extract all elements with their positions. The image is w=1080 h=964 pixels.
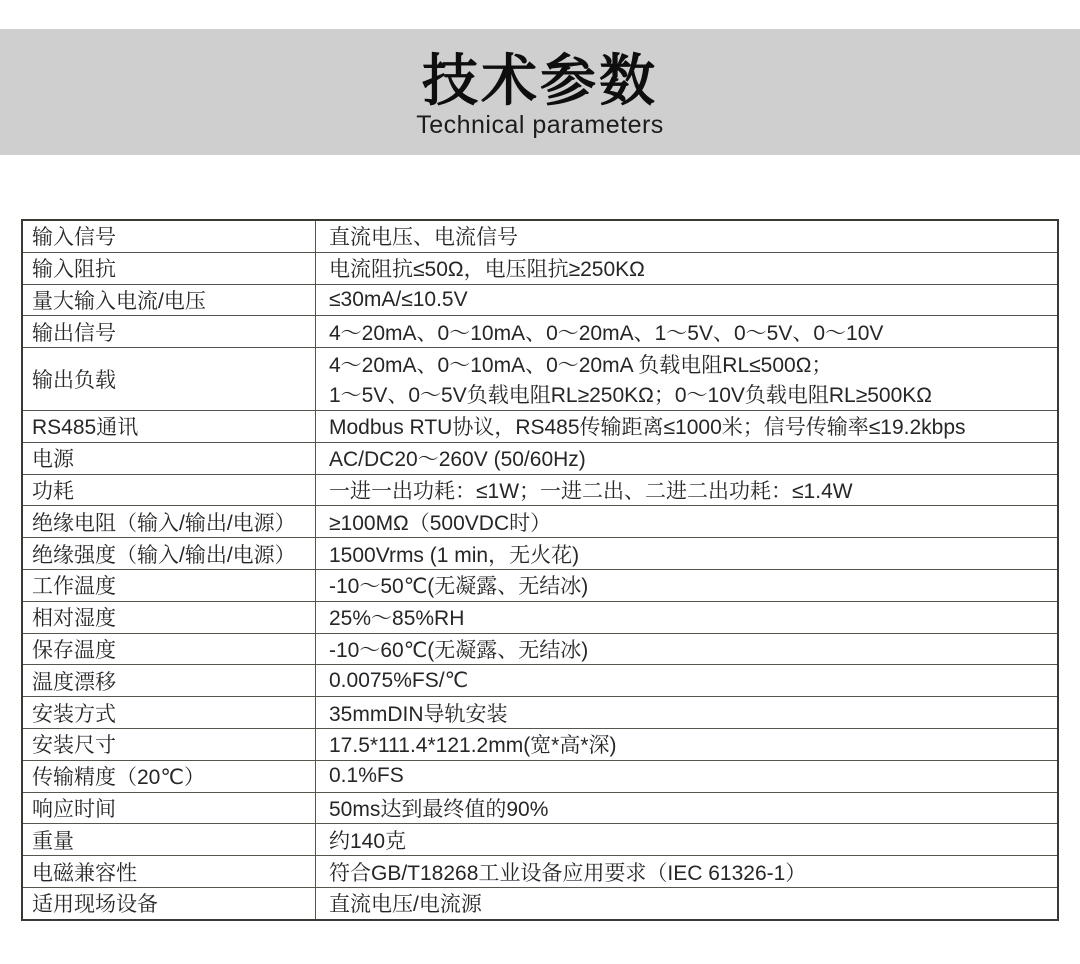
row-label: 功耗 [23, 475, 316, 506]
row-value: 直流电压/电流源 [316, 888, 1057, 919]
row-label: 安装方式 [23, 697, 316, 728]
page: 技术参数 Technical parameters 输入信号 直流电压、电流信号… [0, 0, 1080, 964]
page-subtitle: Technical parameters [416, 112, 664, 140]
row-label: RS485通讯 [23, 411, 316, 442]
row-value: 4～20mA、0～10mA、0～20mA 负载电阻RL≤500Ω；1～5V、0～… [316, 348, 1057, 410]
table-row: 电源 AC/DC20～260V (50/60Hz) [23, 442, 1057, 474]
row-label: 工作温度 [23, 570, 316, 601]
row-label: 输出信号 [23, 316, 316, 347]
table-row: 输出信号 4～20mA、0～10mA、0～20mA、1～5V、0～5V、0～10… [23, 315, 1057, 347]
table-row: 重量 约140克 [23, 823, 1057, 855]
table-row: 保存温度 -10～60℃(无凝露、无结冰) [23, 633, 1057, 665]
table-row: RS485通讯 Modbus RTU协议，RS485传输距离≤1000米；信号传… [23, 410, 1057, 442]
row-value-line: 4～20mA、0～10mA、0～20mA 负载电阻RL≤500Ω； [329, 348, 1057, 379]
table-row: 响应时间 50ms达到最终值的90% [23, 792, 1057, 824]
row-value-line: 1～5V、0～5V负载电阻RL≥250KΩ；0～10V负载电阻RL≥500KΩ [329, 379, 1057, 410]
row-label: 输出负载 [23, 348, 316, 410]
row-value: 符合GB/T18268工业设备应用要求（IEC 61326-1） [316, 856, 1057, 887]
row-label: 量大输入电流/电压 [23, 285, 316, 316]
row-value: AC/DC20～260V (50/60Hz) [316, 443, 1057, 474]
table-row: 功耗 一进一出功耗：≤1W；一进二出、二进二出功耗：≤1.4W [23, 474, 1057, 506]
spec-table: 输入信号 直流电压、电流信号 输入阻抗 电流阻抗≤50Ω，电压阻抗≥250KΩ … [21, 219, 1059, 921]
row-label: 重量 [23, 824, 316, 855]
table-row: 温度漂移 0.0075%FS/℃ [23, 664, 1057, 696]
row-value: ≤30mA/≤10.5V [316, 285, 1057, 316]
row-value: -10～50℃(无凝露、无结冰) [316, 570, 1057, 601]
row-label: 适用现场设备 [23, 888, 316, 919]
row-label: 响应时间 [23, 793, 316, 824]
row-value: 约140克 [316, 824, 1057, 855]
table-row: 安装尺寸 17.5*111.4*121.2mm(宽*高*深) [23, 728, 1057, 760]
row-label: 保存温度 [23, 634, 316, 665]
row-value: 1500Vrms (1 min，无火花) [316, 538, 1057, 569]
table-row: 电磁兼容性 符合GB/T18268工业设备应用要求（IEC 61326-1） [23, 855, 1057, 887]
row-label: 输入信号 [23, 221, 316, 252]
row-label: 绝缘电阻（输入/输出/电源） [23, 506, 316, 537]
row-label: 相对湿度 [23, 602, 316, 633]
table-row: 工作温度 -10～50℃(无凝露、无结冰) [23, 569, 1057, 601]
table-row: 绝缘电阻（输入/输出/电源） ≥100MΩ（500VDC时） [23, 505, 1057, 537]
row-label: 输入阻抗 [23, 253, 316, 284]
row-value: ≥100MΩ（500VDC时） [316, 506, 1057, 537]
row-label: 电磁兼容性 [23, 856, 316, 887]
row-value: 电流阻抗≤50Ω，电压阻抗≥250KΩ [316, 253, 1057, 284]
row-value: 25%～85%RH [316, 602, 1057, 633]
row-label: 安装尺寸 [23, 729, 316, 760]
row-label: 温度漂移 [23, 665, 316, 696]
table-row: 量大输入电流/电压 ≤30mA/≤10.5V [23, 284, 1057, 316]
header-band: 技术参数 Technical parameters [0, 29, 1080, 155]
row-value: 50ms达到最终值的90% [316, 793, 1057, 824]
table-row: 传输精度（20℃） 0.1%FS [23, 760, 1057, 792]
table-row: 绝缘强度（输入/输出/电源） 1500Vrms (1 min，无火花) [23, 537, 1057, 569]
row-label: 绝缘强度（输入/输出/电源） [23, 538, 316, 569]
row-label: 电源 [23, 443, 316, 474]
row-value: 0.1%FS [316, 761, 1057, 792]
table-row: 相对湿度 25%～85%RH [23, 601, 1057, 633]
table-row: 输入阻抗 电流阻抗≤50Ω，电压阻抗≥250KΩ [23, 252, 1057, 284]
row-value: 4～20mA、0～10mA、0～20mA、1～5V、0～5V、0～10V [316, 316, 1057, 347]
row-value: 35mmDIN导轨安装 [316, 697, 1057, 728]
row-label: 传输精度（20℃） [23, 761, 316, 792]
table-row: 输入信号 直流电压、电流信号 [23, 221, 1057, 252]
row-value: 直流电压、电流信号 [316, 221, 1057, 252]
table-row: 适用现场设备 直流电压/电流源 [23, 887, 1057, 919]
row-value: 0.0075%FS/℃ [316, 665, 1057, 696]
row-value: -10～60℃(无凝露、无结冰) [316, 634, 1057, 665]
table-row: 安装方式 35mmDIN导轨安装 [23, 696, 1057, 728]
row-value: 17.5*111.4*121.2mm(宽*高*深) [316, 729, 1057, 760]
table-row: 输出负载 4～20mA、0～10mA、0～20mA 负载电阻RL≤500Ω；1～… [23, 347, 1057, 410]
row-value: Modbus RTU协议，RS485传输距离≤1000米；信号传输率≤19.2k… [316, 411, 1057, 442]
page-title: 技术参数 [422, 53, 658, 109]
row-value: 一进一出功耗：≤1W；一进二出、二进二出功耗：≤1.4W [316, 475, 1057, 506]
